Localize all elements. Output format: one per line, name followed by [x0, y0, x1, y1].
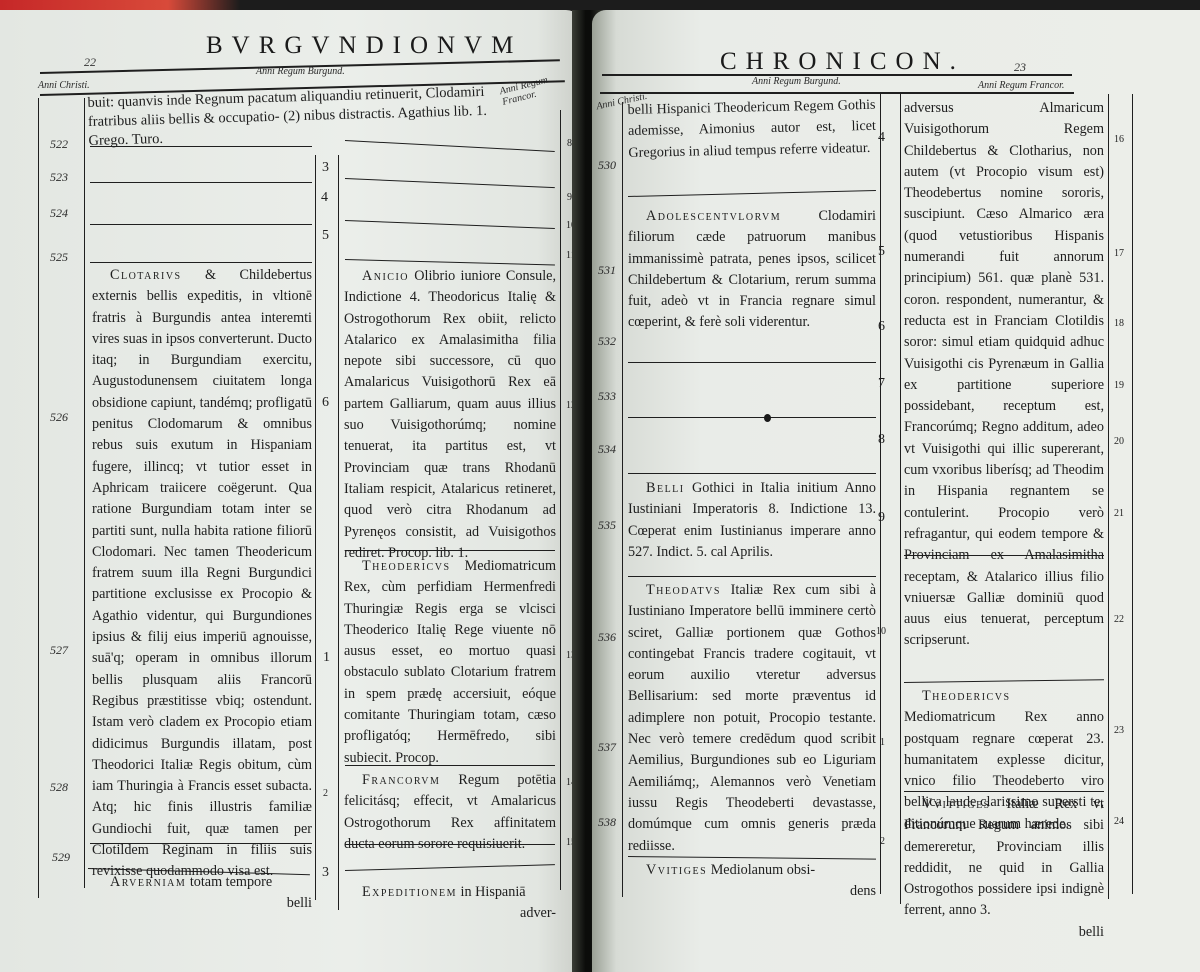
francor-year: 18 — [1114, 318, 1124, 329]
entry-text: belli Hispanici Theodericum Regem Gothis… — [627, 97, 876, 161]
francor-year: 21 — [1114, 508, 1124, 519]
column-head-rule — [600, 92, 1074, 94]
entry-text: adversus Almaricum Vuisigothorum Regem C… — [904, 100, 1104, 648]
row-rule — [90, 224, 312, 225]
year-526: 526 — [50, 410, 68, 425]
burgund-year: 5 — [322, 228, 329, 244]
outer-column-line — [1132, 94, 1133, 894]
catchword: adver- — [344, 903, 556, 924]
year-525: 525 — [50, 250, 68, 265]
colhead-anni-regum-burgund: Anni Regum Burgund. — [256, 66, 345, 77]
burgund-year: 10 — [876, 626, 886, 637]
entry-text: in Hispaniā — [457, 884, 526, 900]
year-530: 530 — [598, 158, 616, 173]
outer-column-line — [38, 98, 39, 898]
entry-lead-word: Belli — [646, 480, 685, 496]
entry-lead-word: Theodericvs — [362, 558, 451, 574]
year-538: 538 — [598, 815, 616, 830]
row-rule — [90, 182, 312, 183]
burgund-column-line — [900, 94, 901, 904]
left-text-column-line — [880, 94, 881, 894]
year-523: 523 — [50, 170, 68, 185]
francor-year: 24 — [1114, 816, 1124, 827]
burgund-year: 8 — [878, 432, 885, 448]
burgund-year: 6 — [878, 319, 885, 335]
entry-lead-word: Vvitiges — [646, 862, 707, 878]
entry-text: Italiæ Rex cum sibi à Iustiniano Imperat… — [628, 582, 876, 854]
year-535: 535 — [598, 518, 616, 533]
entry-anicio: Anicio Olibrio iuniore Consule, Indictio… — [344, 266, 556, 564]
entry-lead-word: Francorvm — [362, 772, 440, 788]
left-page: BVRGVNDIONVM 22 Anni Regum Burgund. Anni… — [0, 10, 584, 972]
entry-belli-gothici: Belli Gothici in Italia initium Anno Ius… — [628, 478, 876, 563]
row-rule — [628, 190, 876, 197]
burgund-year: 7 — [878, 376, 885, 392]
row-rule — [345, 178, 555, 188]
burgund-year: 4 — [321, 190, 328, 206]
row-rule — [628, 576, 876, 577]
burgund-year: 2 — [880, 836, 885, 847]
year-529: 529 — [52, 850, 70, 865]
colhead-anni-christi: Anni Christi. — [38, 80, 90, 91]
entry-lead-word: Anicio — [362, 268, 409, 284]
entry-clotarius: Clotarivs & Childebertus externis bellis… — [92, 265, 312, 883]
entry-text: Clodamiri filiorum cæde patruorum manibu… — [628, 208, 876, 330]
catchword: dens — [628, 881, 876, 902]
year-537: 537 — [598, 740, 616, 755]
entry-text: Italiæ Rex vt Francorum Regum animos sib… — [904, 796, 1104, 918]
entry-lead-word: Theodatvs — [646, 582, 721, 598]
left-text-column-line — [315, 155, 316, 900]
right-text-column-line — [560, 110, 561, 890]
francor-year: 19 — [1114, 380, 1124, 391]
burgund-year: 9 — [878, 510, 885, 526]
year-528: 528 — [50, 780, 68, 795]
entry-lead-word: Expeditionem — [362, 884, 457, 900]
folio-right: 23 — [1014, 60, 1026, 75]
year-522: 522 — [50, 137, 68, 152]
burgund-year: 2 — [323, 788, 328, 799]
row-rule — [90, 262, 312, 263]
burgund-year: 6 — [322, 395, 329, 411]
entry-text: & Childebertus externis bellis expeditis… — [92, 267, 312, 879]
folio-left: 22 — [84, 55, 96, 70]
row-rule — [628, 473, 876, 474]
right-page: CHRONICON. 23 Anni Regum Burgund. Anni R… — [592, 10, 1200, 972]
burgund-year: 4 — [878, 130, 885, 146]
entry-vvitiges-mediolanum: Vvitiges Mediolanum obsi- dens — [628, 860, 876, 903]
francor-year: 23 — [1114, 725, 1124, 736]
entry-lead-word: Clotarivs — [110, 267, 182, 283]
entry-text: totam tempore — [186, 874, 272, 890]
entry-theodatus: Theodatvs Italiæ Rex cum sibi à Iustinia… — [628, 580, 876, 857]
row-rule — [628, 362, 876, 363]
row-rule — [345, 259, 555, 265]
burgund-year: 1 — [880, 737, 885, 748]
row-rule — [628, 417, 876, 418]
entry-vvittiges-italiae: Vvittiges Italiæ Rex vt Francorum Regum … — [904, 794, 1104, 943]
entry-theodericus: Theodericvs Mediomatricum Rex, cùm perfi… — [344, 556, 556, 769]
burgund-year: 5 — [878, 244, 885, 260]
francor-year: 22 — [1114, 614, 1124, 625]
year-533: 533 — [598, 389, 616, 404]
entry-text: Mediomatricum Rex, cùm perfidiam Hermenf… — [344, 558, 556, 766]
colhead-anni-regum-burgund: Anni Regum Burgund. — [752, 76, 841, 87]
burgund-year: 3 — [322, 865, 329, 881]
colhead-anni-regum-francor: Anni Regum Francor. — [978, 80, 1064, 91]
top-spanning-entry: buit: quanvis inde Regnum pacatum aliqua… — [87, 81, 558, 151]
row-rule — [90, 146, 312, 147]
burgund-column-line — [338, 155, 339, 910]
entry-adversus-almaricum: adversus Almaricum Vuisigothorum Regem C… — [904, 98, 1104, 652]
row-rule — [904, 679, 1104, 683]
years-column-line — [622, 102, 623, 897]
entry-lead-word: Adolescentvlorvm — [646, 208, 781, 224]
entry-arverniam: Arverniam totam tempore belli — [92, 872, 312, 915]
entry-expeditionem: Expeditionem in Hispaniā adver- — [344, 882, 556, 925]
entry-lead-word: Arverniam — [110, 874, 186, 890]
row-rule — [345, 220, 555, 229]
running-title-right: CHRONICON. — [720, 48, 965, 76]
entry-text: Mediolanum obsi- — [707, 862, 815, 878]
francor-year: 17 — [1114, 248, 1124, 259]
year-536: 536 — [598, 630, 616, 645]
year-534: 534 — [598, 442, 616, 457]
francor-column-line — [1108, 94, 1109, 899]
francor-year: 16 — [1114, 134, 1124, 145]
francor-year: 20 — [1114, 436, 1124, 447]
row-rule — [345, 140, 555, 152]
entry-belli-hispanici: belli Hispanici Theodericum Regem Gothis… — [627, 95, 876, 164]
burgund-year: 1 — [323, 650, 330, 666]
entry-lead-word: Vvittiges — [922, 796, 991, 812]
year-531: 531 — [598, 263, 616, 278]
year-532: 532 — [598, 334, 616, 349]
years-column-line — [84, 98, 85, 888]
year-524: 524 — [50, 206, 68, 221]
row-rule — [345, 864, 555, 871]
running-title-left: BVRGVNDIONVM — [206, 32, 522, 60]
entry-text: Olibrio iuniore Consule, Indictione 4. T… — [344, 268, 556, 561]
entry-adolescentulorum: Adolescentvlorvm Clodamiri filiorum cæde… — [628, 206, 876, 334]
entry-lead-word: Theodericvs — [922, 688, 1011, 704]
catchword: belli — [904, 922, 1104, 943]
burgund-year: 3 — [322, 160, 329, 176]
catchword: belli — [92, 893, 312, 914]
year-527: 527 — [50, 643, 68, 658]
entry-francorum: Francorvm Regum potētia felicitásq; effe… — [344, 770, 556, 855]
ink-spot — [764, 414, 771, 422]
